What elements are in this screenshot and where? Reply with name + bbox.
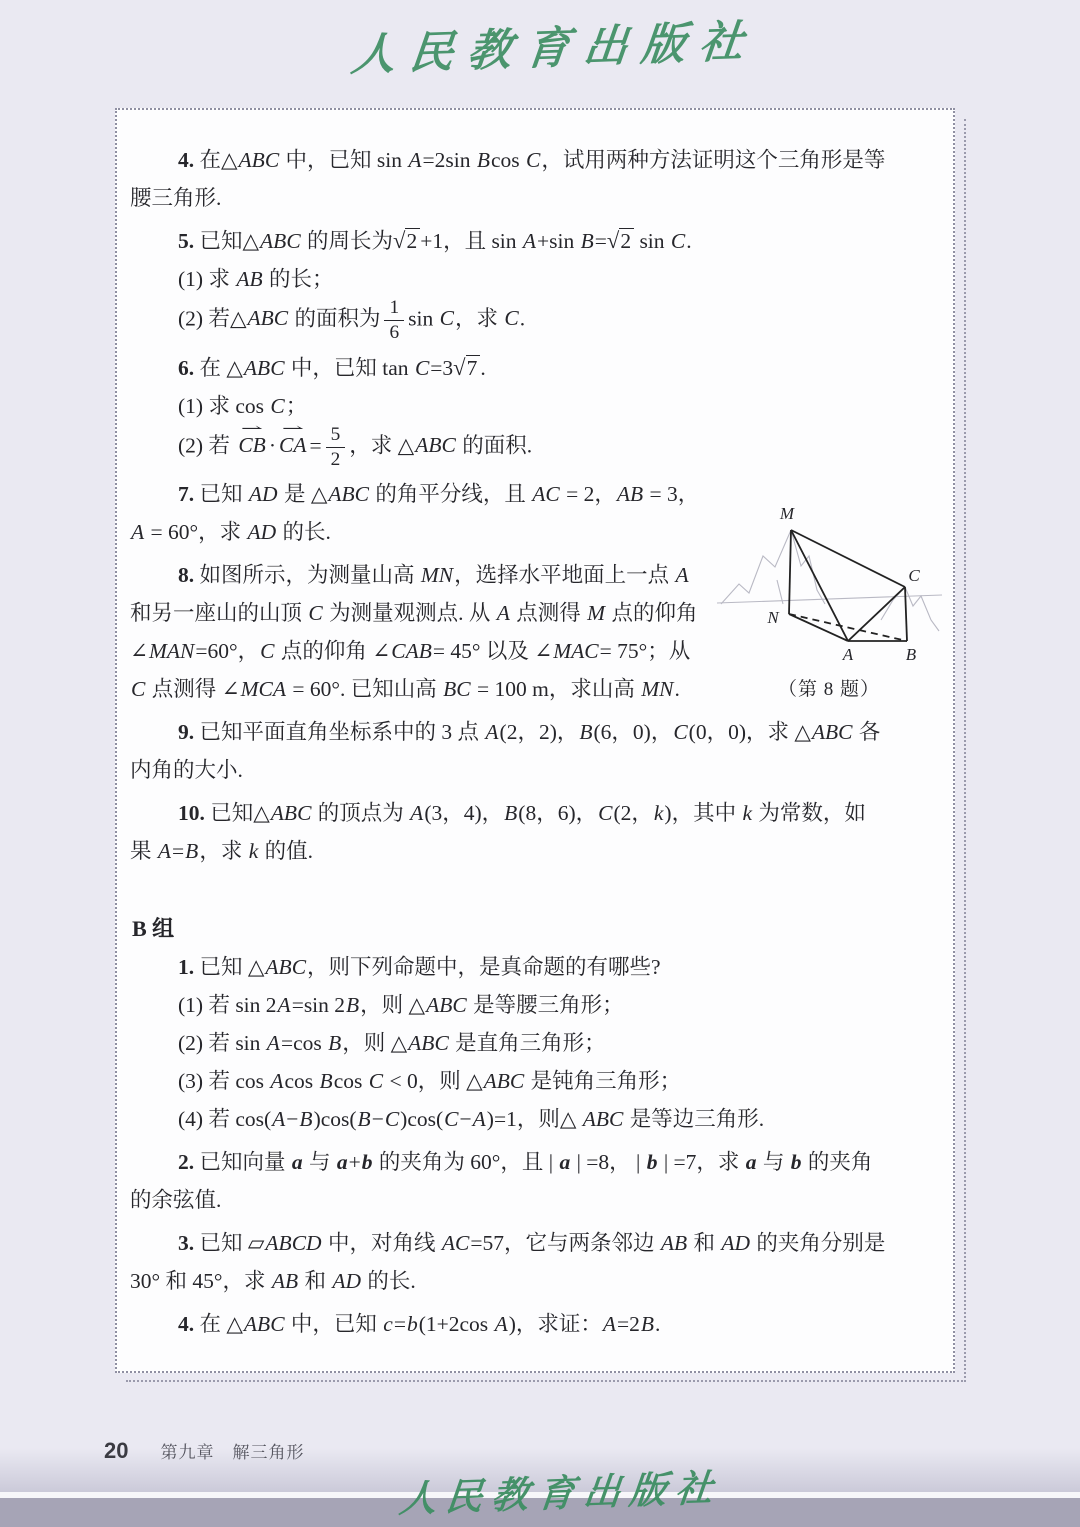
- math-variable: B: [319, 1069, 334, 1093]
- page-number: 20: [104, 1438, 128, 1463]
- math-variable: A: [484, 720, 499, 744]
- text: cos: [491, 148, 525, 172]
- text: =: [172, 839, 184, 863]
- text: −: [372, 1107, 384, 1131]
- problem-line: 3. 已知 ▱ABCD 中，对角线 AC=57，它与两条邻边 AB 和 AD 的…: [130, 1224, 939, 1262]
- math-variable: AB: [660, 1231, 688, 1255]
- math-variable: C: [597, 801, 613, 825]
- text: +: [349, 1150, 361, 1174]
- figure-problem8: M N A B C （第 8 题）: [713, 492, 945, 701]
- text: 如图所示，为测量山高: [194, 563, 420, 587]
- text: .: [674, 677, 679, 701]
- text: 是钝角三角形；: [525, 1069, 681, 1093]
- text: =60°，: [195, 639, 259, 663]
- text: 点的仰角 ∠: [275, 639, 390, 663]
- text: ，选择水平地面上一点: [454, 563, 674, 587]
- text: 的周长为: [302, 229, 393, 253]
- text: 内角的大小.: [130, 758, 243, 782]
- section-b-problems: 1. 已知 △ABC，则下列命题中，是真命题的有哪些?(1) 若 sin 2A=…: [130, 948, 939, 1343]
- text: )cos(: [314, 1107, 357, 1131]
- math-variable: C: [130, 677, 146, 701]
- math-variable: B: [298, 1107, 313, 1131]
- math-variable: C: [307, 601, 323, 625]
- problem-line: 果 A=B，求 k 的值.: [130, 832, 939, 870]
- problem-line: 的余弦值.: [130, 1181, 939, 1219]
- vector-variable: a: [291, 1150, 304, 1174]
- math-variable: ABC: [238, 148, 281, 172]
- math-variable: AD: [248, 482, 279, 506]
- text: =2: [617, 1312, 640, 1336]
- text: 的值.: [259, 839, 313, 863]
- text: =: [309, 433, 321, 457]
- problem-number: 8.: [178, 563, 194, 587]
- math-variable: ABCD: [264, 1231, 322, 1255]
- text: = 45° 以及 ∠: [433, 639, 552, 663]
- text: ，则 △: [342, 1031, 407, 1055]
- text: = 60°，求: [145, 520, 246, 544]
- text: ∠: [130, 639, 148, 663]
- math-variable: ABC: [414, 433, 457, 457]
- vector-variable: a: [745, 1150, 758, 1174]
- text: 已知 △: [194, 955, 264, 979]
- text: < 0，则 △: [384, 1069, 483, 1093]
- text: ，试用两种方法证明这个三角形是等: [541, 148, 885, 172]
- text: (0，0)，求 △: [689, 720, 811, 744]
- vertex-label-A: A: [842, 645, 854, 664]
- text: (1+2cos: [419, 1312, 494, 1336]
- chapter-title: 第九章 解三角形: [160, 1443, 304, 1462]
- text: .: [686, 229, 691, 253]
- text: =cos: [281, 1031, 327, 1055]
- text: .: [480, 356, 485, 380]
- math-variable: AB: [616, 482, 644, 506]
- text: 在 △: [194, 356, 243, 380]
- math-variable: ABC: [243, 356, 286, 380]
- text: 已知: [194, 482, 248, 506]
- textbook-page: { "publisher": "人民教育出版社", "footer": { "p…: [0, 0, 1080, 1527]
- text: 中，已知 sin: [280, 148, 407, 172]
- vector-variable: b: [790, 1150, 803, 1174]
- text: sin: [408, 306, 438, 330]
- math-variable: A: [277, 993, 292, 1017]
- math-variable: k: [248, 839, 260, 863]
- math-variable: k: [653, 801, 665, 825]
- radicand: 2: [619, 228, 634, 253]
- problem-number: 5.: [178, 229, 194, 253]
- text: ，则 △: [360, 993, 425, 1017]
- math-variable: ABC: [243, 1312, 286, 1336]
- math-variable: C: [368, 1069, 384, 1093]
- text: 的夹角为 60°，且 |: [374, 1150, 559, 1174]
- math-variable: MAC: [552, 639, 599, 663]
- math-variable: AD: [720, 1231, 751, 1255]
- math-variable: AD: [247, 520, 278, 544]
- text: 腰三角形.: [130, 186, 221, 210]
- math-variable: B: [357, 1107, 372, 1131]
- vector-with-arrow: CB: [236, 426, 267, 464]
- math-variable: AB: [271, 1269, 299, 1293]
- radicand: 7: [466, 355, 481, 380]
- text: 是 △: [279, 482, 328, 506]
- text: 点测得: [511, 601, 586, 625]
- math-variable: C: [525, 148, 541, 172]
- vector-variable: a: [336, 1150, 349, 1174]
- text: = 60°. 已知山高: [287, 677, 442, 701]
- text: .: [520, 306, 525, 330]
- text: (3) 若 cos: [178, 1069, 269, 1093]
- math-variable: ABC: [407, 1031, 450, 1055]
- math-variable: A: [407, 148, 422, 172]
- figure-caption: （第 8 题）: [713, 674, 945, 701]
- math-variable: B: [476, 148, 491, 172]
- text: cos: [285, 1069, 319, 1093]
- problem-line: 4. 在 △ABC 中，已知 c=b(1+2cos A)，求证：A=2B.: [130, 1305, 939, 1343]
- math-variable: BC: [442, 677, 471, 701]
- text: +sin: [537, 229, 580, 253]
- text: (6，0)，: [594, 720, 673, 744]
- text: 是等腰三角形；: [468, 993, 624, 1017]
- text: (4) 若 cos(: [178, 1107, 271, 1131]
- math-variable: MN: [640, 677, 674, 701]
- problem-line: (2) 若△ABC 的面积为16sin C，求 C.: [130, 298, 939, 344]
- math-variable: C: [670, 229, 686, 253]
- problem: 2. 已知向量 a 与 a+b 的夹角为 60°，且 | a | =8， | b…: [130, 1143, 939, 1219]
- text: ，求 △: [349, 433, 414, 457]
- math-variable: c: [382, 1312, 394, 1336]
- math-variable: C: [443, 1107, 459, 1131]
- square-root: √7: [453, 356, 480, 380]
- text: 中，已知: [286, 1312, 383, 1336]
- text: 各: [854, 720, 881, 744]
- text: 点的仰角: [606, 601, 697, 625]
- text: =: [394, 1312, 406, 1336]
- math-variable: B: [578, 720, 593, 744]
- problem: 4. 在 △ABC 中，已知 c=b(1+2cos A)，求证：A=2B.: [130, 1305, 939, 1343]
- math-variable: A: [269, 1069, 284, 1093]
- text: )cos(: [400, 1107, 443, 1131]
- dashed-edge-NB: [789, 614, 907, 641]
- problem-number: 3.: [178, 1231, 194, 1255]
- section-b-heading: B 组: [132, 912, 939, 943]
- math-variable: A: [496, 601, 511, 625]
- text: ，求: [455, 306, 503, 330]
- fraction-numerator: 5: [326, 425, 346, 448]
- math-variable: M: [586, 601, 606, 625]
- math-variable: ABC: [327, 482, 370, 506]
- publisher-logo-top: 人民教育出版社: [349, 5, 762, 83]
- text: 已知向量: [194, 1150, 291, 1174]
- math-variable: C: [672, 720, 688, 744]
- text: 点测得 ∠: [146, 677, 239, 701]
- text: = 75°；从: [600, 639, 691, 663]
- text: =3: [430, 356, 453, 380]
- text: 是等边三角形.: [624, 1107, 764, 1131]
- problem-number: 4.: [178, 1312, 194, 1336]
- math-variable: MAN: [148, 639, 195, 663]
- problem-line: (1) 若 sin 2A=sin 2B，则 △ABC 是等腰三角形；: [130, 986, 939, 1024]
- fraction: 16: [384, 298, 404, 344]
- math-variable: A: [494, 1312, 509, 1336]
- math-variable: ABC: [264, 955, 307, 979]
- text: (1) 若 sin 2: [178, 993, 277, 1017]
- vector-variable: a: [558, 1150, 571, 1174]
- math-variable: B: [580, 229, 595, 253]
- math-variable: A: [130, 520, 145, 544]
- text: 在 △: [194, 1312, 243, 1336]
- text: 的面积为: [289, 306, 380, 330]
- math-variable: ABC: [483, 1069, 526, 1093]
- problem-number: 7.: [178, 482, 194, 506]
- text: 和: [688, 1231, 720, 1255]
- text: ·: [269, 433, 276, 457]
- math-variable: B: [640, 1312, 655, 1336]
- text: 30° 和 45°，求: [130, 1269, 271, 1293]
- math-variable: A: [271, 1107, 286, 1131]
- problem-number: 1.: [178, 955, 194, 979]
- math-variable: A: [522, 229, 537, 253]
- text: 和: [299, 1269, 331, 1293]
- text: )，其中: [664, 801, 741, 825]
- text: =: [595, 229, 607, 253]
- text: 为常数，如: [753, 801, 866, 825]
- problem: 4. 在△ABC 中，已知 sin A=2sin Bcos C，试用两种方法证明…: [130, 141, 939, 217]
- problem-line: 2. 已知向量 a 与 a+b 的夹角为 60°，且 | a | =8， | b…: [130, 1143, 939, 1181]
- text: (2) 若 sin: [178, 1031, 266, 1055]
- fraction-denominator: 6: [384, 321, 404, 343]
- problem: 9. 已知平面直角坐标系中的 3 点 A(2，2)，B(6，0)，C(0，0)，…: [130, 713, 939, 789]
- problem-number: 2.: [178, 1150, 194, 1174]
- triangle-solid-edges: [789, 530, 907, 641]
- text: −: [286, 1107, 298, 1131]
- text: = 2，: [561, 482, 616, 506]
- text: 的长.: [362, 1269, 416, 1293]
- text: 的长；: [264, 267, 334, 291]
- problem-line: 6. 在 △ABC 中，已知 tan C=3√7.: [130, 349, 939, 387]
- vertex-label-C: C: [908, 566, 920, 585]
- text: = 100 m，求山高: [472, 677, 641, 701]
- problem-line: 9. 已知平面直角坐标系中的 3 点 A(2，2)，B(6，0)，C(0，0)，…: [130, 713, 939, 751]
- math-variable: ABC: [270, 801, 313, 825]
- text: | =7，求: [658, 1150, 744, 1174]
- text: ，求: [199, 839, 247, 863]
- vertex-label-B: B: [906, 645, 917, 664]
- math-variable: k: [741, 801, 753, 825]
- text: 的余弦值.: [130, 1188, 221, 1212]
- text: )，求证：: [509, 1312, 602, 1336]
- math-variable: A: [157, 839, 172, 863]
- text: (2) 若△: [178, 306, 246, 330]
- problem-line: (2) 若 CB·CA=52，求 △ABC 的面积.: [130, 425, 939, 471]
- math-variable: B: [345, 993, 360, 1017]
- text: (8，6)，: [518, 801, 597, 825]
- text: 的角平分线，且: [370, 482, 531, 506]
- square-root: √2: [393, 229, 420, 253]
- publisher-logo-bottom: 人民教育出版社: [397, 1457, 725, 1522]
- text: (2，: [613, 801, 652, 825]
- problem-line: (4) 若 cos(A−B)cos(B−C)cos(C−A)=1，则△ ABC …: [130, 1100, 939, 1138]
- math-variable: C: [414, 356, 430, 380]
- problem-line: (2) 若 sin A=cos B，则 △ABC 是直角三角形；: [130, 1024, 939, 1062]
- problem-number: 6.: [178, 356, 194, 380]
- fraction: 52: [326, 425, 346, 471]
- text: −: [460, 1107, 472, 1131]
- problem-number: 4.: [178, 148, 194, 172]
- text: =sin 2: [292, 993, 345, 1017]
- vertex-label-N: N: [766, 608, 780, 627]
- math-variable: MN: [420, 563, 454, 587]
- math-variable: C: [503, 306, 519, 330]
- text: 的顶点为: [312, 801, 409, 825]
- problem: 3. 已知 ▱ABCD 中，对角线 AC=57，它与两条邻边 AB 和 AD 的…: [130, 1224, 939, 1300]
- exercise-sheet: M N A B C （第 8 题） 4. 在△ABC 中，已知 sin A=2s…: [115, 108, 955, 1373]
- text: =2sin: [423, 148, 476, 172]
- problem-line: 1. 已知 △ABC，则下列命题中，是真命题的有哪些?: [130, 948, 939, 986]
- text: 中，已知 tan: [286, 356, 414, 380]
- problem-line: 4. 在△ABC 中，已知 sin A=2sin Bcos C，试用两种方法证明…: [130, 141, 939, 179]
- problem-line: 30° 和 45°，求 AB 和 AD 的长.: [130, 1262, 939, 1300]
- text: 已知△: [205, 801, 270, 825]
- text: 已知平面直角坐标系中的 3 点: [194, 720, 484, 744]
- text: 是直角三角形；: [450, 1031, 606, 1055]
- text: 的夹角分别是: [751, 1231, 885, 1255]
- math-variable: AD: [331, 1269, 362, 1293]
- text: 中，对角线: [323, 1231, 441, 1255]
- text: (2，2)，: [500, 720, 579, 744]
- text: .: [655, 1312, 660, 1336]
- text: +1，且 sin: [420, 229, 522, 253]
- text: 的夹角: [803, 1150, 873, 1174]
- problem-number: 9.: [178, 720, 194, 744]
- vector-variable: b: [646, 1150, 659, 1174]
- radical-sign: √: [393, 228, 405, 253]
- text: 已知△: [194, 229, 259, 253]
- text: 的面积.: [457, 433, 532, 457]
- math-variable: ABC: [425, 993, 468, 1017]
- text: ，则下列命题中，是真命题的有哪些?: [307, 955, 661, 979]
- text: sin: [634, 229, 670, 253]
- math-variable: A: [266, 1031, 281, 1055]
- math-variable: B: [503, 801, 518, 825]
- mountain-diagram: M N A B C: [713, 492, 945, 668]
- math-variable: B: [327, 1031, 342, 1055]
- text: )=1，则△: [487, 1107, 582, 1131]
- math-variable: C: [439, 306, 455, 330]
- text: = 3，: [644, 482, 699, 506]
- vertex-label-M: M: [779, 504, 795, 523]
- math-variable: ABC: [582, 1107, 625, 1131]
- text: 已知 ▱: [194, 1231, 264, 1255]
- math-variable: C: [259, 639, 275, 663]
- problem: 6. 在 △ABC 中，已知 tan C=3√7.(1) 求 cos C；(2)…: [130, 349, 939, 471]
- problem: 5. 已知△ABC 的周长为√2+1，且 sin A+sin B=√2 sin …: [130, 222, 939, 344]
- math-variable: AB: [235, 267, 263, 291]
- problem-line: 10. 已知△ABC 的顶点为 A(3，4)，B(8，6)，C(2，k)，其中 …: [130, 794, 939, 832]
- problem-line: 内角的大小.: [130, 751, 939, 789]
- math-variable: A: [675, 563, 690, 587]
- math-variable: AC: [441, 1231, 470, 1255]
- sheet-content: M N A B C （第 8 题） 4. 在△ABC 中，已知 sin A=2s…: [117, 110, 953, 1371]
- text: 的长.: [277, 520, 331, 544]
- page-footer: 20第九章 解三角形: [104, 1438, 304, 1464]
- math-variable: ABC: [811, 720, 854, 744]
- text: 在△: [194, 148, 237, 172]
- problem: 10. 已知△ABC 的顶点为 A(3，4)，B(8，6)，C(2，k)，其中 …: [130, 794, 939, 870]
- problem-line: (3) 若 cos Acos Bcos C < 0，则 △ABC 是钝角三角形；: [130, 1062, 939, 1100]
- text: 与: [758, 1150, 790, 1174]
- vector-variable: b: [361, 1150, 374, 1174]
- math-variable: ABC: [246, 306, 289, 330]
- text: =57，它与两条邻边: [470, 1231, 660, 1255]
- square-root: √2: [607, 229, 634, 253]
- problem-line: 腰三角形.: [130, 179, 939, 217]
- text: (1) 求: [178, 267, 235, 291]
- text: 果: [130, 839, 157, 863]
- radical-sign: √: [453, 355, 465, 380]
- vector-with-arrow: CA: [277, 426, 308, 464]
- problem-line: (1) 求 AB 的长；: [130, 260, 939, 298]
- text: (3，4)，: [424, 801, 503, 825]
- text: cos: [334, 1069, 368, 1093]
- radical-sign: √: [607, 228, 619, 253]
- math-variable: AC: [531, 482, 560, 506]
- problem-line: 5. 已知△ABC 的周长为√2+1，且 sin A+sin B=√2 sin …: [130, 222, 939, 260]
- text: (2) 若: [178, 433, 235, 457]
- math-variable: A: [409, 801, 424, 825]
- problem: 1. 已知 △ABC，则下列命题中，是真命题的有哪些?(1) 若 sin 2A=…: [130, 948, 939, 1138]
- math-variable: ABC: [259, 229, 302, 253]
- math-variable: CAB: [390, 639, 433, 663]
- radicand: 2: [405, 228, 420, 253]
- text: 为测量观测点. 从: [324, 601, 496, 625]
- problem-number: 10.: [178, 801, 205, 825]
- math-variable: A: [472, 1107, 487, 1131]
- math-variable: MCA: [240, 677, 287, 701]
- math-variable: A: [602, 1312, 617, 1336]
- math-variable: b: [406, 1312, 419, 1336]
- text: | =8， |: [571, 1150, 645, 1174]
- math-variable: B: [184, 839, 199, 863]
- math-variable: C: [384, 1107, 400, 1131]
- fraction-denominator: 2: [326, 448, 346, 470]
- fraction-numerator: 1: [384, 298, 404, 321]
- text: 和另一座山的山顶: [130, 601, 307, 625]
- text: 与: [304, 1150, 336, 1174]
